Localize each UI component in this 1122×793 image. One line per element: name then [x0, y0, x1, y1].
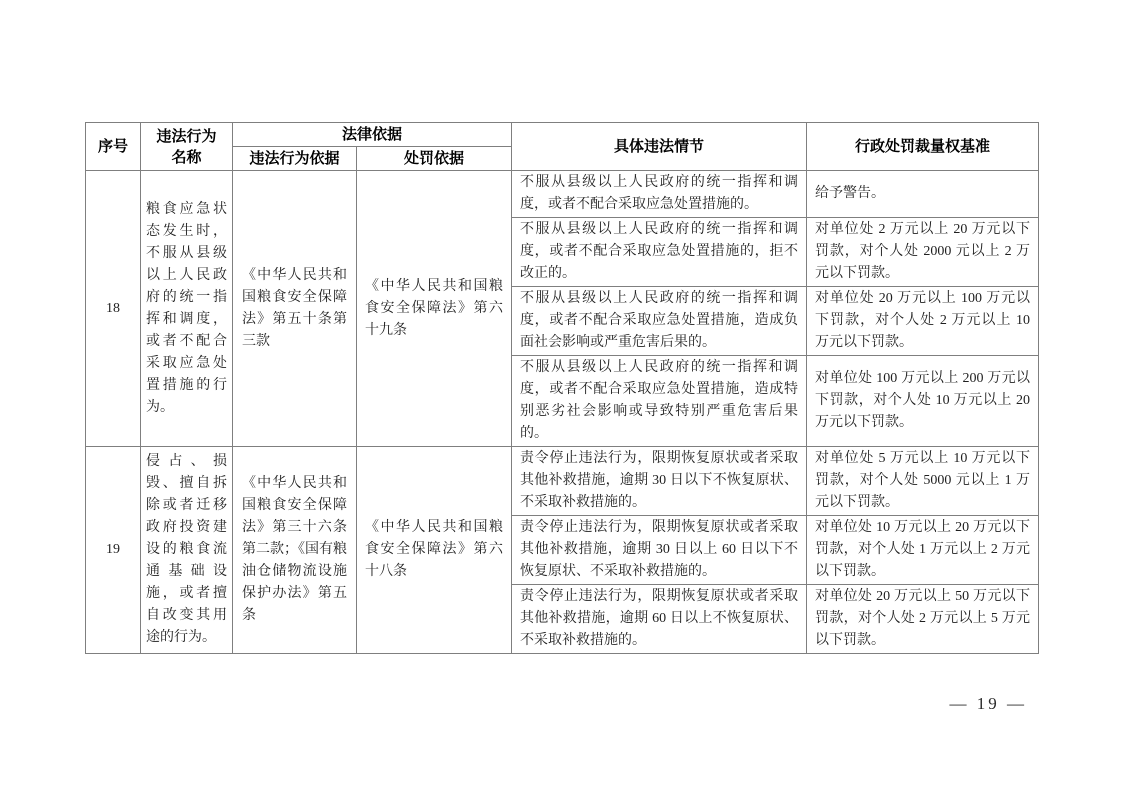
cell-circumstance: 责令停止违法行为，限期恢复原状或者采取其他补救措施，逾期 30 日以下不恢复原状… [512, 447, 807, 516]
cell-circumstance: 不服从县级以上人民政府的统一指挥和调度，或者不配合采取应急处置措施，造成特别恶劣… [512, 356, 807, 447]
cell-violation-name-19: 侵占、损毁、擅自拆除或者迁移政府投资建设的粮食流通基础设施，或者擅自改变其用途的… [141, 447, 233, 654]
header-violation-name: 违法行为名称 [141, 123, 233, 171]
cell-circumstance: 责令停止违法行为，限期恢复原状或者采取其他补救措施，逾期 60 日以上不恢复原状… [512, 585, 807, 654]
header-circumstance: 具体违法情节 [512, 123, 807, 171]
header-index: 序号 [86, 123, 141, 171]
cell-circumstance: 不服从县级以上人民政府的统一指挥和调度，或者不配合采取应急处置措施的，拒不改正的… [512, 218, 807, 287]
cell-circumstance: 责令停止违法行为，限期恢复原状或者采取其他补救措施，逾期 30 日以上 60 日… [512, 516, 807, 585]
cell-index-18: 18 [86, 171, 141, 447]
header-violation-basis: 违法行为依据 [233, 147, 357, 171]
cell-penalty-basis-19: 《中华人民共和国粮食安全保障法》第六十八条 [357, 447, 512, 654]
header-legal-basis: 法律依据 [233, 123, 512, 147]
cell-benchmark: 对单位处 20 万元以上 50 万元以下罚款，对个人处 2 万元以上 5 万元以… [807, 585, 1039, 654]
cell-benchmark: 对单位处 10 万元以上 20 万元以下罚款，对个人处 1 万元以上 2 万元以… [807, 516, 1039, 585]
table-row: 18 粮食应急状态发生时，不服从县级以上人民政府的统一指挥和调度，或者不配合采取… [86, 171, 1039, 218]
cell-violation-basis-18: 《中华人民共和国粮食安全保障法》第五十条第三款 [233, 171, 357, 447]
cell-circumstance: 不服从县级以上人民政府的统一指挥和调度，或者不配合采取应急处置措施的。 [512, 171, 807, 218]
penalty-table: 序号 违法行为名称 法律依据 具体违法情节 行政处罚裁量权基准 违法行为依据 处… [85, 122, 1039, 654]
cell-penalty-basis-18: 《中华人民共和国粮食安全保障法》第六十九条 [357, 171, 512, 447]
cell-circumstance: 不服从县级以上人民政府的统一指挥和调度，或者不配合采取应急处置措施，造成负面社会… [512, 287, 807, 356]
document-page: 序号 违法行为名称 法律依据 具体违法情节 行政处罚裁量权基准 违法行为依据 处… [0, 0, 1122, 793]
page-number: — 19 — [950, 694, 1028, 714]
cell-benchmark: 对单位处 100 万元以上 200 万元以下罚款，对个人处 10 万元以上 20… [807, 356, 1039, 447]
cell-violation-basis-19: 《中华人民共和国粮食安全保障法》第三十六条第二款；《国有粮油仓储物流设施保护办法… [233, 447, 357, 654]
cell-benchmark: 对单位处 20 万元以上 100 万元以下罚款，对个人处 2 万元以上 10 万… [807, 287, 1039, 356]
cell-benchmark: 对单位处 2 万元以上 20 万元以下罚款，对个人处 2000 元以上 2 万元… [807, 218, 1039, 287]
table-row: 19 侵占、损毁、擅自拆除或者迁移政府投资建设的粮食流通基础设施，或者擅自改变其… [86, 447, 1039, 516]
header-benchmark: 行政处罚裁量权基准 [807, 123, 1039, 171]
cell-violation-name-18: 粮食应急状态发生时，不服从县级以上人民政府的统一指挥和调度，或者不配合采取应急处… [141, 171, 233, 447]
header-penalty-basis: 处罚依据 [357, 147, 512, 171]
table-header: 序号 违法行为名称 法律依据 具体违法情节 行政处罚裁量权基准 违法行为依据 处… [86, 123, 1039, 171]
cell-benchmark: 给予警告。 [807, 171, 1039, 218]
cell-index-19: 19 [86, 447, 141, 654]
cell-benchmark: 对单位处 5 万元以上 10 万元以下罚款，对个人处 5000 元以上 1 万元… [807, 447, 1039, 516]
